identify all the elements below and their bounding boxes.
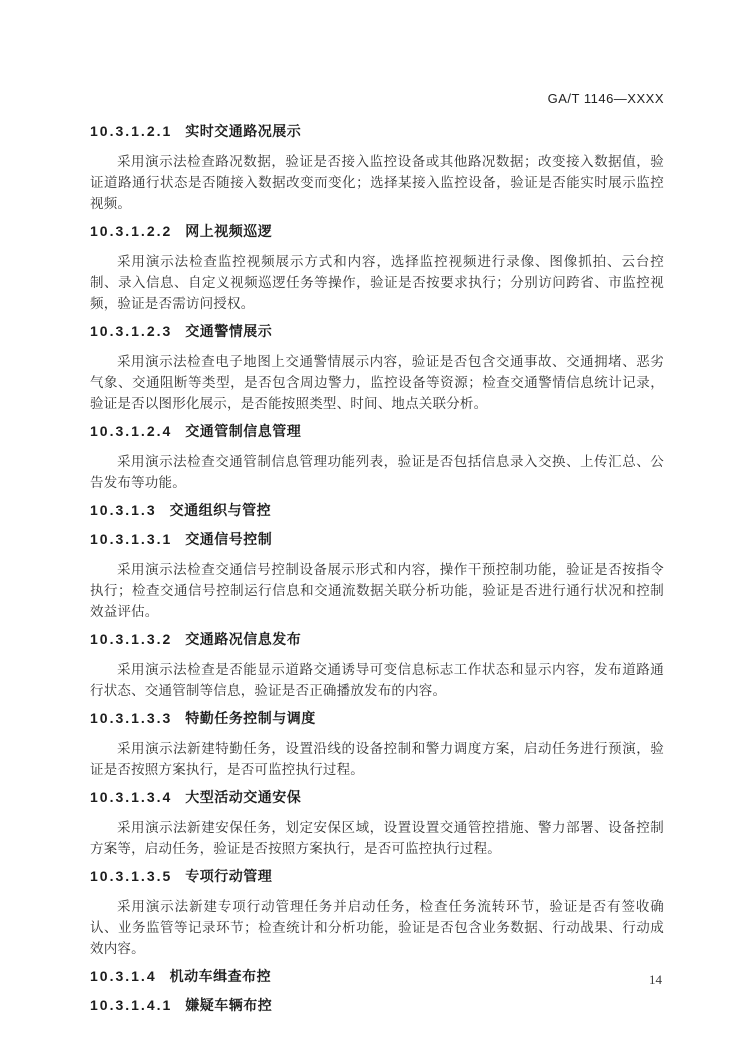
- heading-title: 特勤任务控制与调度: [185, 710, 316, 726]
- heading-title: 专项行动管理: [185, 868, 272, 884]
- body-paragraph: 采用演示法检查交通信号控制设备展示形式和内容，操作干预控制功能，验证是否按指令执…: [90, 559, 664, 622]
- page-number: 14: [649, 972, 662, 988]
- section-heading: 10.3.1.2.1实时交通路况展示: [90, 122, 664, 140]
- heading-number: 10.3.1.4: [90, 968, 157, 984]
- section-heading: 10.3.1.3.1交通信号控制: [90, 530, 664, 548]
- heading-number: 10.3.1.2.1: [90, 123, 172, 139]
- section-heading: 10.3.1.4机动车缉查布控: [90, 967, 664, 985]
- body-paragraph: 采用演示法检查交通管制信息管理功能列表，验证是否包括信息录入交换、上传汇总、公告…: [90, 451, 664, 493]
- section-heading: 10.3.1.3.3特勤任务控制与调度: [90, 709, 664, 727]
- heading-title: 嫌疑车辆布控: [185, 997, 272, 1013]
- document-page: GA/T 1146—XXXX 10.3.1.2.1实时交通路况展示 采用演示法检…: [0, 0, 750, 1060]
- section-heading: 10.3.1.2.2网上视频巡逻: [90, 222, 664, 240]
- body-paragraph: 采用演示法检查监控视频展示方式和内容，选择监控视频进行录像、图像抓拍、云台控制、…: [90, 251, 664, 314]
- body-paragraph: 采用演示法新建专项行动管理任务并启动任务，检查任务流转环节，验证是否有签收确认、…: [90, 896, 664, 959]
- heading-number: 10.3.1.2.3: [90, 323, 172, 339]
- section-heading: 10.3.1.2.3交通警情展示: [90, 322, 664, 340]
- heading-number: 10.3.1.3.3: [90, 710, 172, 726]
- section-heading: 10.3.1.3.5专项行动管理: [90, 867, 664, 885]
- heading-number: 10.3.1.3: [90, 502, 157, 518]
- heading-number: 10.3.1.4.1: [90, 997, 172, 1013]
- section-heading: 10.3.1.3.2交通路况信息发布: [90, 630, 664, 648]
- heading-number: 10.3.1.3.1: [90, 531, 172, 547]
- section-heading: 10.3.1.3.4大型活动交通安保: [90, 788, 664, 806]
- heading-title: 交通警情展示: [185, 323, 272, 339]
- section-heading: 10.3.1.3交通组织与管控: [90, 501, 664, 519]
- heading-number: 10.3.1.2.4: [90, 423, 172, 439]
- heading-title: 交通组织与管控: [170, 502, 272, 518]
- heading-title: 大型活动交通安保: [185, 789, 301, 805]
- heading-number: 10.3.1.3.5: [90, 868, 172, 884]
- section-heading: 10.3.1.4.1嫌疑车辆布控: [90, 996, 664, 1014]
- body-paragraph: 采用演示法检查路况数据，验证是否接入监控设备或其他路况数据；改变接入数据值，验证…: [90, 151, 664, 214]
- heading-number: 10.3.1.3.4: [90, 789, 172, 805]
- body-paragraph: 采用演示法检查是否能显示道路交通诱导可变信息标志工作状态和显示内容，发布道路通行…: [90, 659, 664, 701]
- body-paragraph: 采用演示法新建安保任务，划定安保区域，设置设置交通管控措施、警力部署、设备控制方…: [90, 817, 664, 859]
- body-paragraph: 采用演示法检查电子地图上交通警情展示内容，验证是否包含交通事故、交通拥堵、恶劣气…: [90, 351, 664, 414]
- heading-title: 实时交通路况展示: [185, 123, 301, 139]
- heading-number: 10.3.1.3.2: [90, 631, 172, 647]
- heading-title: 网上视频巡逻: [185, 223, 272, 239]
- body-paragraph: 采用演示法新建特勤任务，设置沿线的设备控制和警力调度方案，启动任务进行预演，验证…: [90, 738, 664, 780]
- standard-number-header: GA/T 1146—XXXX: [548, 91, 664, 106]
- heading-title: 交通信号控制: [185, 531, 272, 547]
- section-heading: 10.3.1.2.4交通管制信息管理: [90, 422, 664, 440]
- heading-title: 交通管制信息管理: [185, 423, 301, 439]
- page-content: 10.3.1.2.1实时交通路况展示 采用演示法检查路况数据，验证是否接入监控设…: [90, 114, 664, 1025]
- heading-title: 交通路况信息发布: [185, 631, 301, 647]
- heading-number: 10.3.1.2.2: [90, 223, 172, 239]
- heading-title: 机动车缉查布控: [170, 968, 272, 984]
